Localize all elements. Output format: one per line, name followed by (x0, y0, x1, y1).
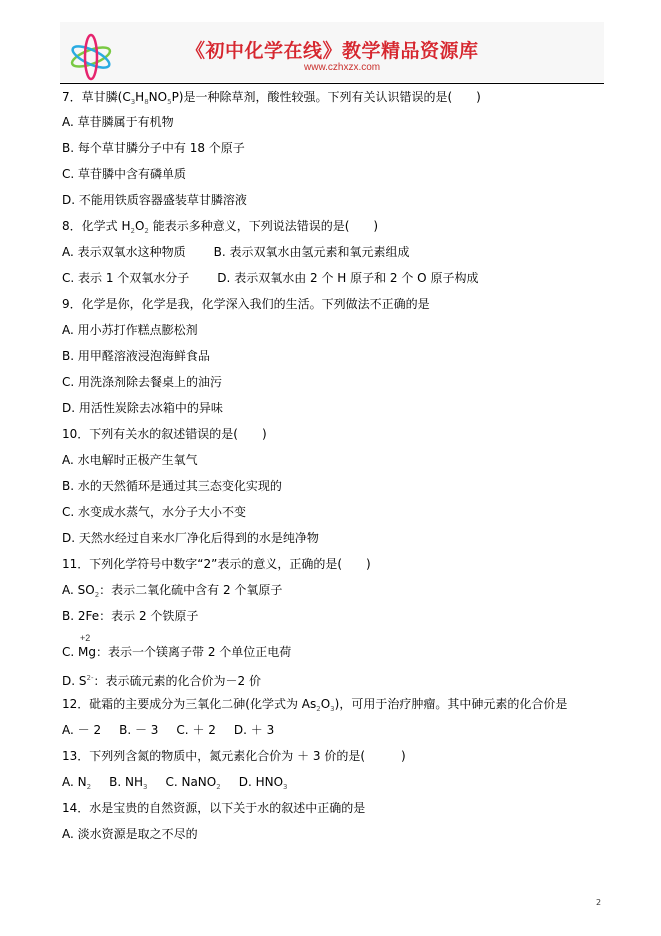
option-text: ：表示一个镁离子带 2 个单位正电荷 (96, 645, 291, 659)
question-number: 13． (62, 749, 89, 763)
question-11-option-d: D. S2-：表示硫元素的化合价为－2 价 (62, 671, 261, 688)
question-number: 7． (62, 90, 82, 104)
charge-label: +2 (80, 631, 90, 645)
question-8-options-cd: C. 表示 1 个双氧水分子D. 表示双氧水由 2 个 H 原子和 2 个 O … (62, 271, 478, 285)
option-label: D. (217, 271, 230, 285)
superscript: 2- (87, 674, 94, 682)
question-12-stem: 12．砒霜的主要成分为三氧化二砷(化学式为 As2O3)，可用于治疗肿瘤。其中砷… (62, 697, 567, 716)
subscript: 2 (87, 783, 91, 791)
formula: 2Fe (78, 609, 99, 623)
option-text: ＋ 2 (192, 723, 215, 737)
question-11-option-a: A. SO2：表示二氧化硫中含有 2 个氧原子 (62, 583, 282, 602)
subscript: 2 (144, 227, 148, 235)
question-10-option-b: B. 水的天然循环是通过其三态变化实现的 (62, 479, 282, 493)
stem-text: 草甘膦(C (82, 90, 131, 104)
option-label: B. (62, 141, 74, 155)
option-text: 每个草甘膦分子中有 18 个原子 (78, 141, 245, 155)
option-label: C. (176, 723, 188, 737)
option-label: A. (62, 827, 74, 841)
stem-text: P)是一种除草剂，酸性较强。下列有关认识错误的是( ) (172, 90, 481, 104)
option-label: B. (109, 775, 121, 789)
stem-text: 下列有关水的叙述错误的是( ) (89, 427, 266, 441)
option-text: 草苷膦中含有磷单质 (78, 167, 186, 181)
question-9-option-c: C. 用洗涤剂除去餐桌上的油污 (62, 375, 222, 389)
option-text: 表示 1 个双氧水分子 (78, 271, 189, 285)
option-label: B. (119, 723, 131, 737)
option-text: ＋ 3 (251, 723, 274, 737)
option-label: A. (62, 245, 74, 259)
option-label: A. (62, 775, 74, 789)
question-number: 14． (62, 801, 89, 815)
question-number: 12． (62, 697, 89, 711)
stem-text: 能表示多种意义，下列说法错误的是( ) (153, 219, 378, 233)
question-13-stem: 13．下列列含氮的物质中，氮元素化合价为 ＋ 3 价的是( ) (62, 749, 406, 763)
header-title: 《初中化学在线》教学精品资源库 (186, 36, 479, 63)
option-label: C. (62, 167, 74, 181)
formula-part: NO (149, 90, 167, 104)
stem-text: )，可用于治疗肿瘤。其中砷元素的化合价是 (335, 697, 568, 711)
formula-part: O (321, 697, 330, 711)
question-number: 8． (62, 219, 82, 233)
question-number: 11． (62, 557, 89, 571)
option-text: 表示双氧水这种物质 (78, 245, 186, 259)
option-text: 水电解时正极产生氧气 (78, 453, 198, 467)
option-text: ：表示 2 个铁原子 (99, 609, 198, 623)
question-7-stem: 7．草甘膦(C3H8NO5P)是一种除草剂，酸性较强。下列有关认识错误的是( ) (62, 90, 481, 109)
formula: S (79, 674, 87, 688)
option-text: 不能用铁质容器盛装草甘膦溶液 (79, 193, 247, 207)
question-9-option-d: D. 用活性炭除去冰箱中的异味 (62, 401, 223, 415)
question-8-stem: 8．化学式 H2O2 能表示多种意义，下列说法错误的是( ) (62, 219, 378, 238)
option-label: A. (62, 583, 74, 597)
question-7-option-c: C. 草苷膦中含有磷单质 (62, 167, 186, 181)
question-number: 9． (62, 297, 82, 311)
question-14-option-a: A. 淡水资源是取之不尽的 (62, 827, 198, 841)
option-text: 表示双氧水由 2 个 H 原子和 2 个 O 原子构成 (234, 271, 478, 285)
option-text: 水变成水蒸气，水分子大小不变 (78, 505, 246, 519)
option-label: C. (62, 271, 74, 285)
question-number: 10． (62, 427, 89, 441)
option-label: A. (62, 723, 74, 737)
subscript: 3 (143, 783, 147, 791)
page-number: 2 (596, 898, 601, 907)
option-text: － 3 (135, 723, 158, 737)
question-12-options: A. － 2B. － 3C. ＋ 2D. ＋ 3 (62, 723, 274, 737)
option-label: C. (62, 375, 74, 389)
option-label: B. (62, 349, 74, 363)
option-text: 用小苏打作糕点膨松剂 (78, 323, 198, 337)
question-10-option-d: D. 天然水经过自来水厂净化后得到的水是纯净物 (62, 531, 319, 545)
formula: SO (78, 583, 95, 597)
mg-valence-symbol: +2Mg (78, 645, 96, 659)
stem-text: 化学式 H (82, 219, 131, 233)
question-10-stem: 10．下列有关水的叙述错误的是( ) (62, 427, 267, 441)
question-9-option-a: A. 用小苏打作糕点膨松剂 (62, 323, 198, 337)
question-7-option-a: A. 草苷膦属于有机物 (62, 115, 174, 129)
option-text: 表示双氧水由氢元素和氧元素组成 (230, 245, 410, 259)
stem-text: 下列列含氮的物质中，氮元素化合价为 ＋ 3 价的是( ) (89, 749, 405, 763)
question-11-stem: 11．下列化学符号中数字“2”表示的意义，正确的是( ) (62, 557, 371, 571)
option-label: D. (62, 531, 75, 545)
subscript: 3 (283, 783, 287, 791)
question-7-option-b: B. 每个草甘膦分子中有 18 个原子 (62, 141, 245, 155)
option-label: D. (239, 775, 252, 789)
option-label: D. (62, 674, 75, 688)
option-text: 草苷膦属于有机物 (78, 115, 174, 129)
atom-logo-icon (66, 32, 116, 82)
option-label: B. (62, 479, 74, 493)
question-13-options: A. N2B. NH3C. NaNO2D. HNO3 (62, 775, 288, 794)
question-11-option-b: B. 2Fe：表示 2 个铁原子 (62, 609, 198, 623)
option-text: 天然水经过自来水厂净化后得到的水是纯净物 (79, 531, 319, 545)
option-text: 用洗涤剂除去餐桌上的油污 (78, 375, 222, 389)
question-14-stem: 14．水是宝贵的自然资源，以下关于水的叙述中正确的是 (62, 801, 365, 815)
option-label: C. (165, 775, 177, 789)
header-divider (60, 83, 604, 84)
option-label: A. (62, 453, 74, 467)
question-9-option-b: B. 用甲醛溶液浸泡海鲜食品 (62, 349, 210, 363)
formula: HNO (256, 775, 283, 789)
formula: NH (125, 775, 143, 789)
option-label: A. (62, 323, 74, 337)
question-10-option-a: A. 水电解时正极产生氧气 (62, 453, 198, 467)
option-label: D. (62, 401, 75, 415)
option-label: C. (62, 505, 74, 519)
option-label: D. (234, 723, 247, 737)
stem-text: 砒霜的主要成分为三氧化二砷(化学式为 As (89, 697, 316, 711)
option-label: B. (62, 609, 74, 623)
question-7-option-d: D. 不能用铁质容器盛装草甘膦溶液 (62, 193, 247, 207)
option-text: ：表示二氧化硫中含有 2 个氧原子 (99, 583, 282, 597)
stem-text: 水是宝贵的自然资源，以下关于水的叙述中正确的是 (89, 801, 365, 815)
option-text: ：表示硫元素的化合价为－2 价 (94, 674, 261, 688)
option-text: 用活性炭除去冰箱中的异味 (79, 401, 223, 415)
option-text: 淡水资源是取之不尽的 (78, 827, 198, 841)
option-label: A. (62, 115, 74, 129)
formula: N (78, 775, 87, 789)
question-9-stem: 9．化学是你，化学是我，化学深入我们的生活。下列做法不正确的是 (62, 297, 430, 311)
stem-text: 下列化学符号中数字“2”表示的意义，正确的是( ) (89, 557, 370, 571)
option-text: 水的天然循环是通过其三态变化实现的 (78, 479, 282, 493)
question-10-option-c: C. 水变成水蒸气，水分子大小不变 (62, 505, 246, 519)
formula-part: O (135, 219, 144, 233)
question-8-options-ab: A. 表示双氧水这种物质B. 表示双氧水由氢元素和氧元素组成 (62, 245, 410, 259)
option-label: B. (214, 245, 226, 259)
option-label: D. (62, 193, 75, 207)
stem-text: 化学是你，化学是我，化学深入我们的生活。下列做法不正确的是 (82, 297, 430, 311)
option-text: － 2 (78, 723, 101, 737)
formula: Mg (78, 645, 96, 659)
subscript: 2 (216, 783, 220, 791)
formula: NaNO (181, 775, 216, 789)
header-url: www.czhxzx.com (304, 62, 380, 73)
formula-part: H (135, 90, 144, 104)
question-11-option-c: C. +2Mg：表示一个镁离子带 2 个单位正电荷 (62, 645, 291, 659)
option-text: 用甲醛溶液浸泡海鲜食品 (78, 349, 210, 363)
option-label: C. (62, 645, 74, 659)
